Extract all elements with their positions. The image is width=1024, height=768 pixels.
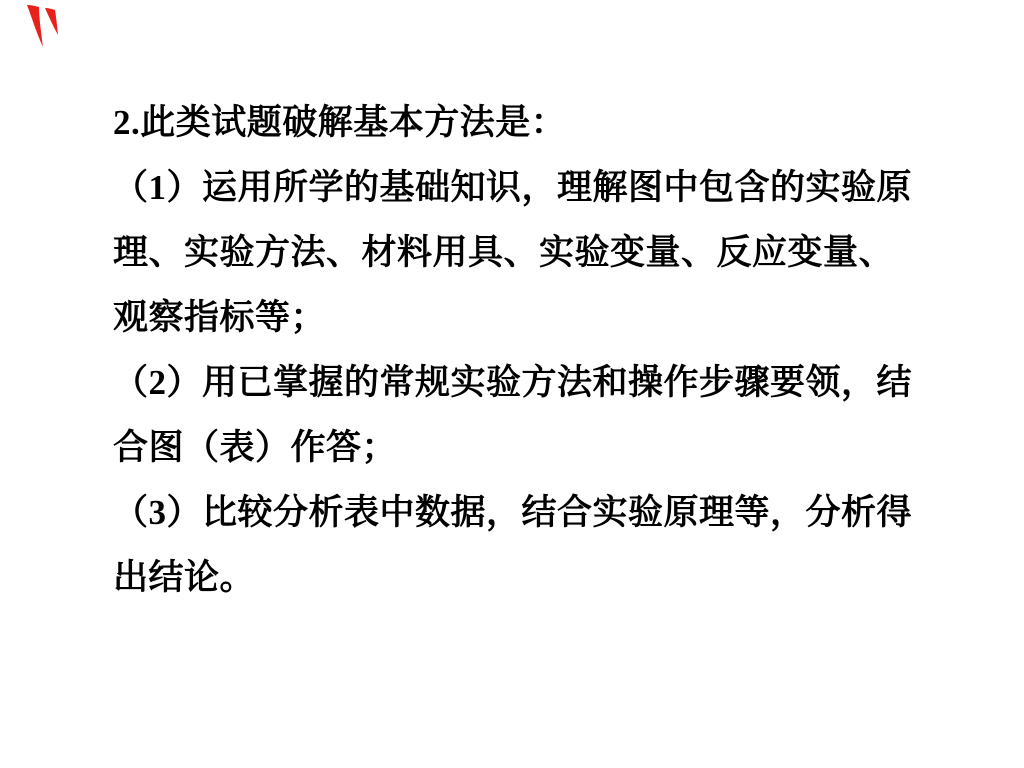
point-2-line-2: 合图（表）作答； [113, 415, 923, 480]
presentation-slide: 2.此类试题破解基本方法是： （1）运用所学的基础知识，理解图中包含的实验原 理… [0, 0, 1024, 768]
point-2-line-1: （2）用已掌握的常规实验方法和操作步骤要领，结 [113, 350, 923, 415]
slide-heading: 2.此类试题破解基本方法是： [113, 90, 923, 155]
point-1-line-1: （1）运用所学的基础知识，理解图中包含的实验原 [113, 155, 923, 220]
point-3-line-1: （3）比较分析表中数据，结合实验原理等，分析得 [113, 480, 923, 545]
point-3-line-2: 出结论。 [113, 545, 923, 610]
slide-text-block: 2.此类试题破解基本方法是： （1）运用所学的基础知识，理解图中包含的实验原 理… [113, 90, 923, 610]
point-1-line-2: 理、实验方法、材料用具、实验变量、反应变量、 [113, 220, 923, 285]
red-ribbon-icon [26, 4, 60, 48]
point-1-line-3: 观察指标等； [113, 285, 923, 350]
